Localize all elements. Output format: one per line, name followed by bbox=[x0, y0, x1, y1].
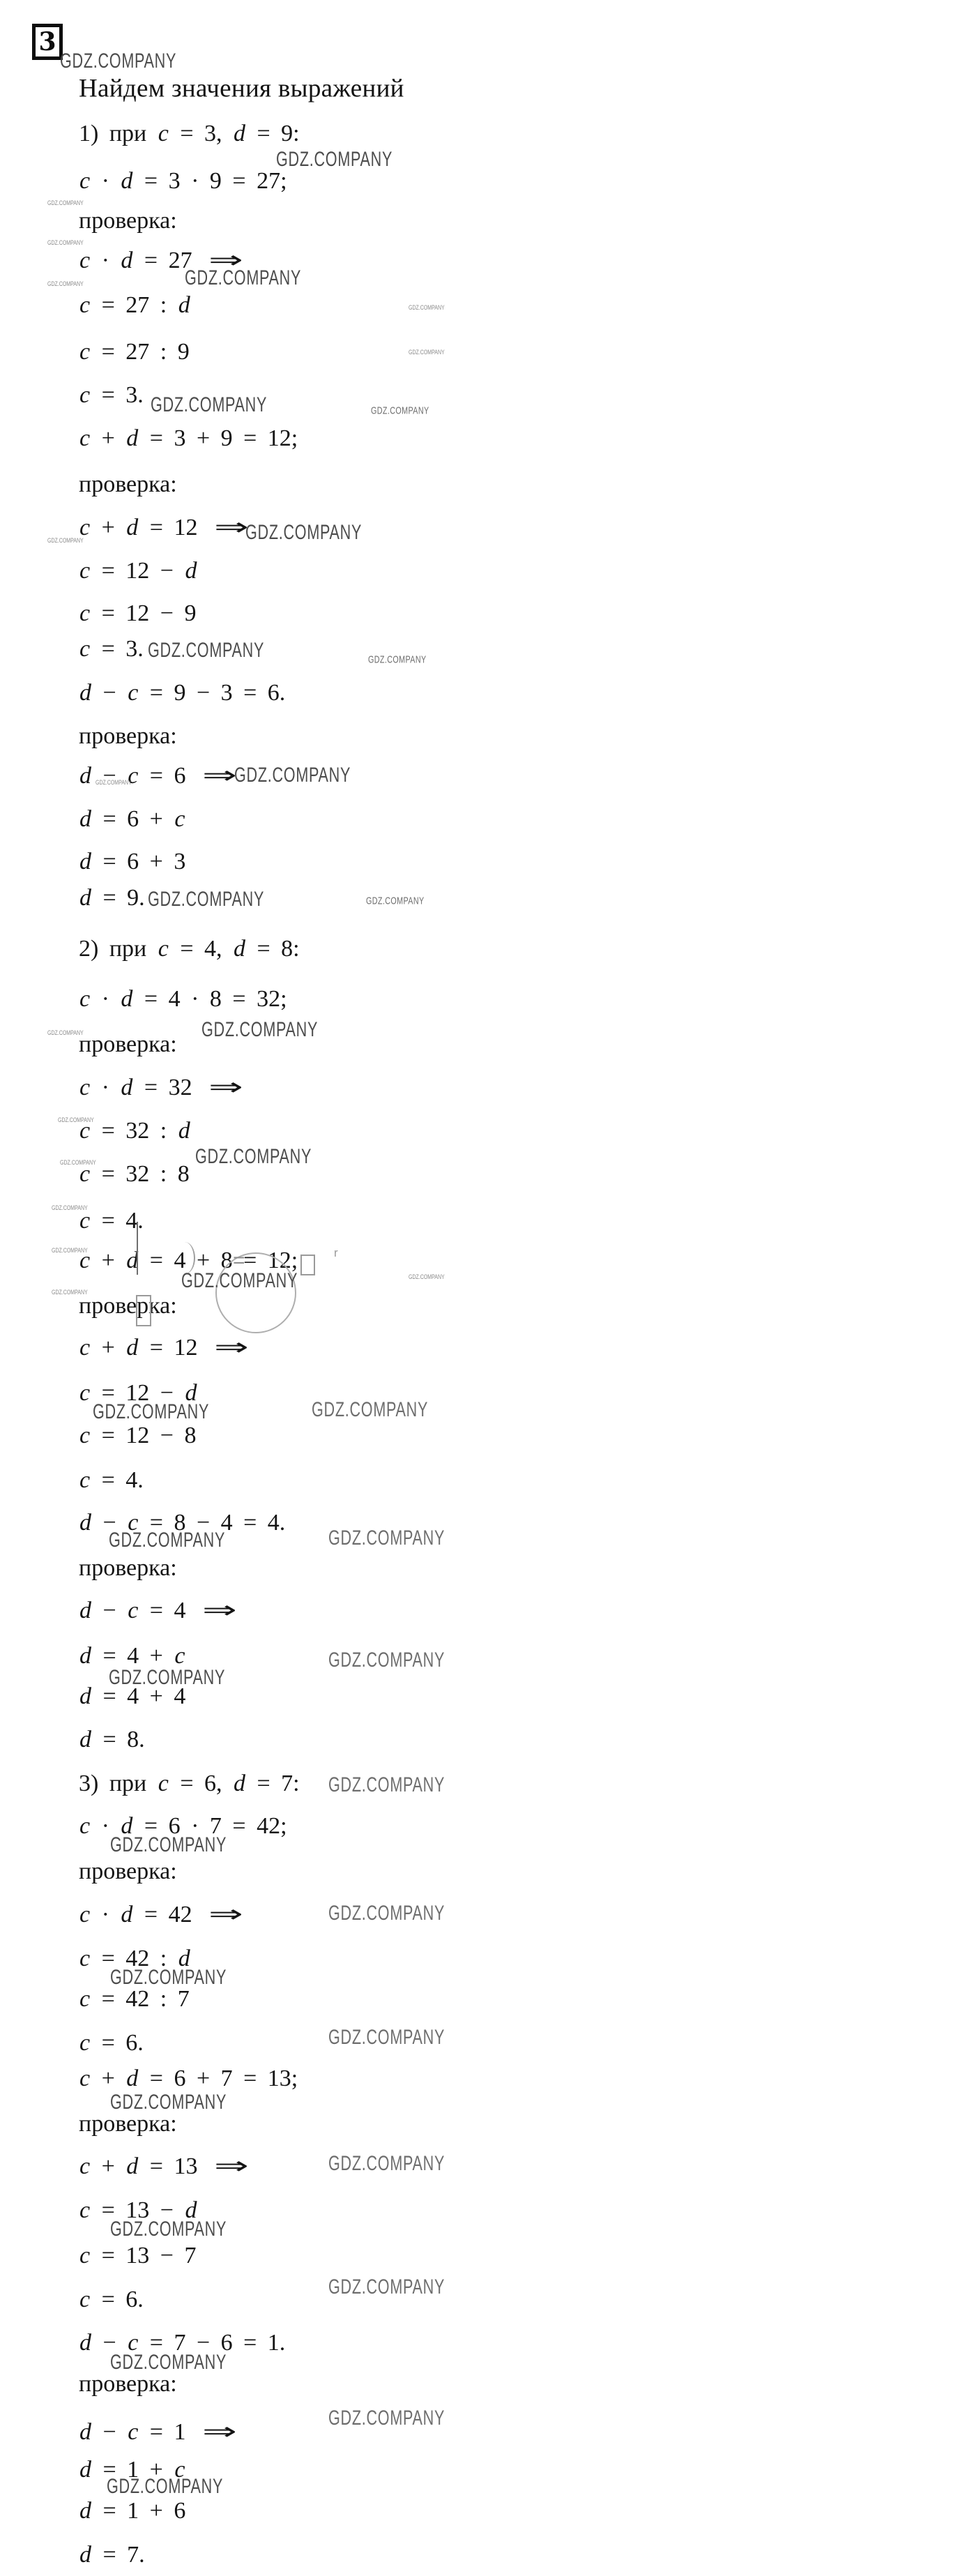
check-label: проверка: bbox=[79, 1294, 177, 1318]
page-title: Найдем значения выражений bbox=[79, 76, 404, 102]
watermark: GDZ.COMPANY bbox=[245, 521, 362, 545]
math-line: c + d = 6 + 7 = 13; bbox=[79, 2067, 298, 2091]
watermark: GDZ.COMPANY bbox=[276, 148, 392, 172]
watermark: GDZ.COMPANY bbox=[409, 349, 445, 356]
watermark: GDZ.COMPANY bbox=[201, 1018, 318, 1042]
scan-artifact-letter-box bbox=[136, 1295, 151, 1326]
math-line: c = 12 − 8 bbox=[79, 1424, 196, 1448]
watermark: GDZ.COMPANY bbox=[409, 304, 445, 311]
watermark: GDZ.COMPANY bbox=[47, 199, 84, 206]
watermark: GDZ.COMPANY bbox=[109, 1529, 225, 1552]
watermark: GDZ.COMPANY bbox=[328, 1902, 445, 1925]
watermark: GDZ.COMPANY bbox=[328, 2275, 445, 2299]
math-line: d = 7. bbox=[79, 2543, 145, 2567]
math-line: c + d = 13 ⇒ bbox=[79, 2155, 234, 2179]
math-line: d − c = 9 − 3 = 6. bbox=[79, 681, 285, 705]
watermark: GDZ.COMPANY bbox=[148, 888, 264, 911]
scan-artifact-r-glyph: r bbox=[334, 1246, 338, 1260]
math-line: d = 1 + 6 bbox=[79, 2499, 185, 2523]
watermark: GDZ.COMPANY bbox=[52, 1204, 88, 1211]
math-line: d − c = 1 ⇒ bbox=[79, 2420, 222, 2444]
watermark: GDZ.COMPANY bbox=[328, 1526, 445, 1550]
math-line: c · d = 3 · 9 = 27; bbox=[79, 169, 287, 193]
math-line: c · d = 32 ⇒ bbox=[79, 1076, 229, 1100]
watermark: GDZ.COMPANY bbox=[366, 895, 425, 907]
math-line: c = 4. bbox=[79, 1469, 144, 1492]
watermark: GDZ.COMPANY bbox=[110, 2218, 227, 2241]
math-line: c = 27 : d bbox=[79, 294, 191, 317]
watermark: GDZ.COMPANY bbox=[328, 2026, 445, 2050]
watermark: GDZ.COMPANY bbox=[109, 1666, 225, 1690]
watermark: GDZ.COMPANY bbox=[47, 1029, 84, 1036]
check-label: проверка: bbox=[79, 209, 177, 233]
math-line: d = 9. bbox=[79, 886, 145, 910]
watermark: GDZ.COMPANY bbox=[328, 2152, 445, 2176]
case-header-line: 1) при c = 3, d = 9: bbox=[79, 122, 300, 146]
watermark: GDZ.COMPANY bbox=[368, 654, 427, 666]
math-line: c + d = 3 + 9 = 12; bbox=[79, 427, 298, 450]
implies-arrow-icon: ⇒ bbox=[202, 1599, 237, 1623]
watermark: GDZ.COMPANY bbox=[107, 2475, 223, 2499]
watermark: GDZ.COMPANY bbox=[47, 280, 84, 287]
watermark: GDZ.COMPANY bbox=[181, 1269, 298, 1293]
math-line: c = 4. bbox=[79, 1209, 144, 1233]
implies-arrow-icon: ⇒ bbox=[214, 2155, 249, 2179]
watermark: GDZ.COMPANY bbox=[47, 239, 84, 246]
math-line: c = 3. bbox=[79, 384, 144, 407]
watermark: GDZ.COMPANY bbox=[110, 1966, 227, 1990]
watermark: GDZ.COMPANY bbox=[185, 266, 301, 290]
math-line: c = 42 : 7 bbox=[79, 1987, 190, 2011]
implies-arrow-icon: ⇒ bbox=[214, 516, 249, 540]
watermark: GDZ.COMPANY bbox=[234, 764, 351, 787]
watermark: GDZ.COMPANY bbox=[110, 1833, 227, 1857]
watermark: GDZ.COMPANY bbox=[328, 1773, 445, 1797]
math-line: c · d = 4 · 8 = 32; bbox=[79, 987, 287, 1011]
watermark: GDZ.COMPANY bbox=[47, 537, 84, 544]
check-label: проверка: bbox=[79, 725, 177, 748]
check-label: проверка: bbox=[79, 1033, 177, 1056]
check-label: проверка: bbox=[79, 1556, 177, 1580]
watermark: GDZ.COMPANY bbox=[60, 1159, 96, 1166]
check-label: проверка: bbox=[79, 1860, 177, 1884]
case-header-line: 3) при c = 6, d = 7: bbox=[79, 1772, 300, 1796]
math-line: d = 6 + c bbox=[79, 808, 185, 831]
math-line: c = 12 − d bbox=[79, 559, 197, 583]
watermark: GDZ.COMPANY bbox=[52, 1289, 88, 1296]
math-line: c = 32 : d bbox=[79, 1119, 191, 1143]
math-line: d = 4 + c bbox=[79, 1644, 185, 1668]
implies-arrow-icon: ⇒ bbox=[208, 1076, 243, 1100]
scan-artifact-circle bbox=[215, 1252, 296, 1333]
implies-arrow-icon: ⇒ bbox=[202, 764, 237, 788]
case-header-line: 2) при c = 4, d = 8: bbox=[79, 937, 300, 961]
watermark: GDZ.COMPANY bbox=[328, 2407, 445, 2430]
watermark: GDZ.COMPANY bbox=[96, 779, 132, 786]
watermark: GDZ.COMPANY bbox=[195, 1145, 312, 1169]
check-label: проверка: bbox=[79, 473, 177, 497]
math-line: c = 6. bbox=[79, 2031, 144, 2055]
implies-arrow-icon: ⇒ bbox=[202, 2420, 237, 2444]
watermark: GDZ.COMPANY bbox=[110, 2091, 227, 2114]
implies-arrow-icon: ⇒ bbox=[214, 1336, 249, 1360]
watermark: GDZ.COMPANY bbox=[52, 1247, 88, 1254]
watermark: GDZ.COMPANY bbox=[148, 639, 264, 662]
math-line: c + d = 12 ⇒ bbox=[79, 1336, 234, 1360]
math-line: c + d = 12 ⇒ bbox=[79, 516, 234, 540]
solution-page: 3 Найдем значения выражений1) при c = 3,… bbox=[0, 0, 976, 2576]
watermark: GDZ.COMPANY bbox=[409, 1273, 445, 1280]
watermark: GDZ.COMPANY bbox=[151, 393, 267, 417]
math-line: d − c = 4 ⇒ bbox=[79, 1599, 222, 1623]
math-line: c = 13 − 7 bbox=[79, 2244, 196, 2268]
math-line: c = 32 : 8 bbox=[79, 1162, 190, 1186]
math-line: c = 6. bbox=[79, 2288, 144, 2312]
watermark: GDZ.COMPANY bbox=[312, 1398, 428, 1422]
problem-number-badge: 3 bbox=[32, 24, 63, 60]
watermark: GDZ.COMPANY bbox=[93, 1400, 209, 1424]
watermark: GDZ.COMPANY bbox=[60, 50, 176, 73]
math-line: c = 3. bbox=[79, 637, 144, 661]
math-line: c · d = 42 ⇒ bbox=[79, 1903, 229, 1927]
watermark: GDZ.COMPANY bbox=[371, 405, 429, 417]
math-line: d = 6 + 3 bbox=[79, 850, 185, 874]
watermark: GDZ.COMPANY bbox=[110, 2351, 227, 2374]
scan-artifact-semicolon-box bbox=[300, 1255, 315, 1275]
math-line: c = 12 − 9 bbox=[79, 602, 196, 626]
scan-artifact-vertical-line bbox=[137, 1222, 138, 1275]
watermark: GDZ.COMPANY bbox=[328, 1649, 445, 1672]
check-label: проверка: bbox=[79, 2372, 177, 2396]
math-line: c = 27 : 9 bbox=[79, 340, 190, 364]
implies-arrow-icon: ⇒ bbox=[208, 1903, 243, 1927]
check-label: проверка: bbox=[79, 2112, 177, 2136]
math-line: d = 8. bbox=[79, 1728, 145, 1752]
watermark: GDZ.COMPANY bbox=[58, 1116, 94, 1123]
